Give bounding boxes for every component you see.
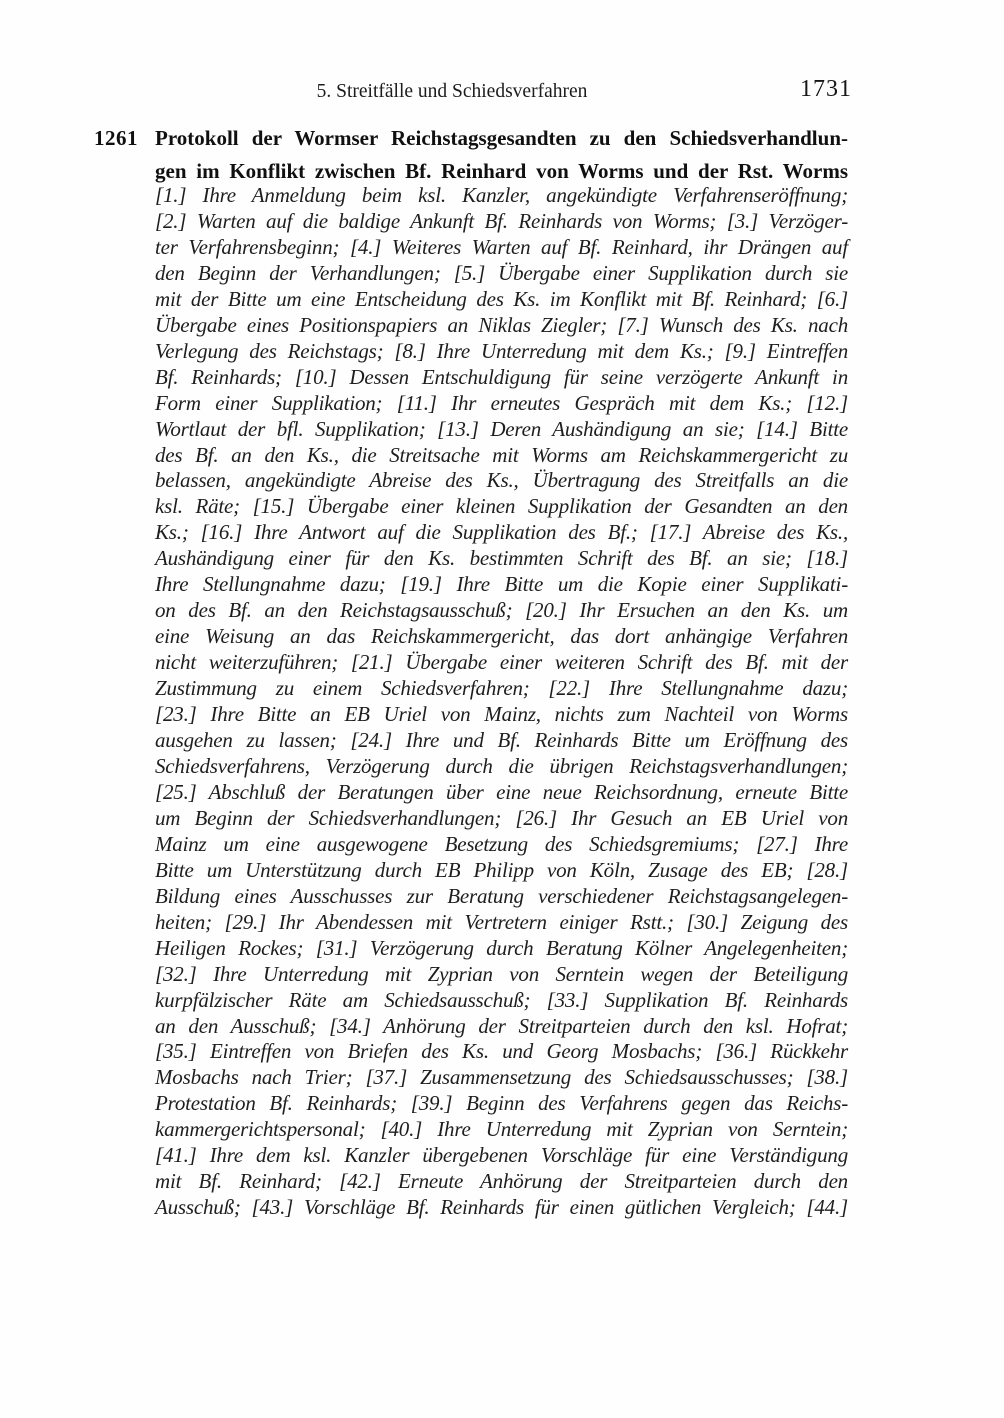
entry-number: 1261 xyxy=(94,122,138,155)
abstract-line: Wortlaut der bfl. Supplikation; [13.] De… xyxy=(155,417,848,443)
abstract-line: Ks.; [16.] Ihre Antwort auf die Supplika… xyxy=(155,520,848,546)
abstract-line: kurpfälzischer Räte am Schiedsausschuß; … xyxy=(155,988,848,1014)
abstract-line: Mosbachs nach Trier; [37.] Zusammensetzu… xyxy=(155,1065,848,1091)
abstract-line: Mainz um eine ausgewogene Besetzung des … xyxy=(155,832,848,858)
abstract-line: Ausschuß; [43.] Vorschläge Bf. Reinhards… xyxy=(155,1195,848,1221)
entry-title-line: Protokoll der Wormser Reichstagsgesandte… xyxy=(155,122,848,155)
abstract-line: Protestation Bf. Reinhards; [39.] Beginn… xyxy=(155,1091,848,1117)
abstract-line: ksl. Räte; [15.] Übergabe einer kleinen … xyxy=(155,494,848,520)
abstract-line: Zustimmung zu einem Schiedsverfahren; [2… xyxy=(155,676,848,702)
abstract-line: [35.] Eintreffen von Briefen des Ks. und… xyxy=(155,1039,848,1065)
abstract-line: Heiligen Rockes; [31.] Verzögerung durch… xyxy=(155,936,848,962)
abstract-line: mit der Bitte um eine Entscheidung des K… xyxy=(155,287,848,313)
abstract-line: [41.] Ihre dem ksl. Kanzler übergebenen … xyxy=(155,1143,848,1169)
running-header: 5. Streitfälle und Schiedsverfahren xyxy=(317,81,588,103)
page-number: 1731 xyxy=(800,76,852,102)
abstract-line: heiten; [29.] Ihr Abendessen mit Vertret… xyxy=(155,910,848,936)
book-page: 5. Streitfälle und Schiedsverfahren 1731… xyxy=(0,0,1004,1418)
abstract-line: Bitte um Unterstützung durch EB Philipp … xyxy=(155,858,848,884)
abstract-line: on des Bf. an den Reichstagsausschuß; [2… xyxy=(155,598,848,624)
abstract-line: nicht weiterzuführen; [21.] Übergabe ein… xyxy=(155,650,848,676)
abstract-line: Verlegung des Reichstags; [8.] Ihre Unte… xyxy=(155,339,848,365)
abstract-line: des Bf. an den Ks., die Streitsache mit … xyxy=(155,443,848,469)
entry-title: Protokoll der Wormser Reichstagsgesandte… xyxy=(155,122,848,188)
abstract-line: kammergerichtspersonal; [40.] Ihre Unter… xyxy=(155,1117,848,1143)
abstract-line: eine Weisung an das Reichskammergericht,… xyxy=(155,624,848,650)
abstract-line: Bf. Reinhards; [10.] Dessen Entschuldigu… xyxy=(155,365,848,391)
abstract-line: [23.] Ihre Bitte an EB Uriel von Mainz, … xyxy=(155,702,848,728)
abstract-line: [2.] Warten auf die baldige Ankunft Bf. … xyxy=(155,209,848,235)
abstract-line: Schiedsverfahrens, Verzögerung durch die… xyxy=(155,754,848,780)
abstract-line: [1.] Ihre Anmeldung beim ksl. Kanzler, a… xyxy=(155,183,848,209)
abstract-line: ter Verfahrensbeginn; [4.] Weiteres Wart… xyxy=(155,235,848,261)
abstract-line: um Beginn der Schiedsverhandlungen; [26.… xyxy=(155,806,848,832)
abstract-line: Aushändigung einer für den Ks. bestimmte… xyxy=(155,546,848,572)
abstract-line: an den Ausschuß; [34.] Anhörung der Stre… xyxy=(155,1014,848,1040)
abstract-line: [25.] Abschluß der Beratungen über eine … xyxy=(155,780,848,806)
entry-abstract: [1.] Ihre Anmeldung beim ksl. Kanzler, a… xyxy=(155,183,848,1221)
abstract-line: den Beginn der Verhandlungen; [5.] Überg… xyxy=(155,261,848,287)
abstract-line: Form einer Supplikation; [11.] Ihr erneu… xyxy=(155,391,848,417)
abstract-line: [32.] Ihre Unterredung mit Zyprian von S… xyxy=(155,962,848,988)
abstract-line: mit Bf. Reinhard; [42.] Erneute Anhörung… xyxy=(155,1169,848,1195)
abstract-line: Bildung eines Ausschusses zur Beratung v… xyxy=(155,884,848,910)
abstract-line: Übergabe eines Positionspapiers an Nikla… xyxy=(155,313,848,339)
abstract-line: Ihre Stellungnahme dazu; [19.] Ihre Bitt… xyxy=(155,572,848,598)
abstract-line: belassen, angekündigte Abreise des Ks., … xyxy=(155,468,848,494)
abstract-line: ausgehen zu lassen; [24.] Ihre und Bf. R… xyxy=(155,728,848,754)
